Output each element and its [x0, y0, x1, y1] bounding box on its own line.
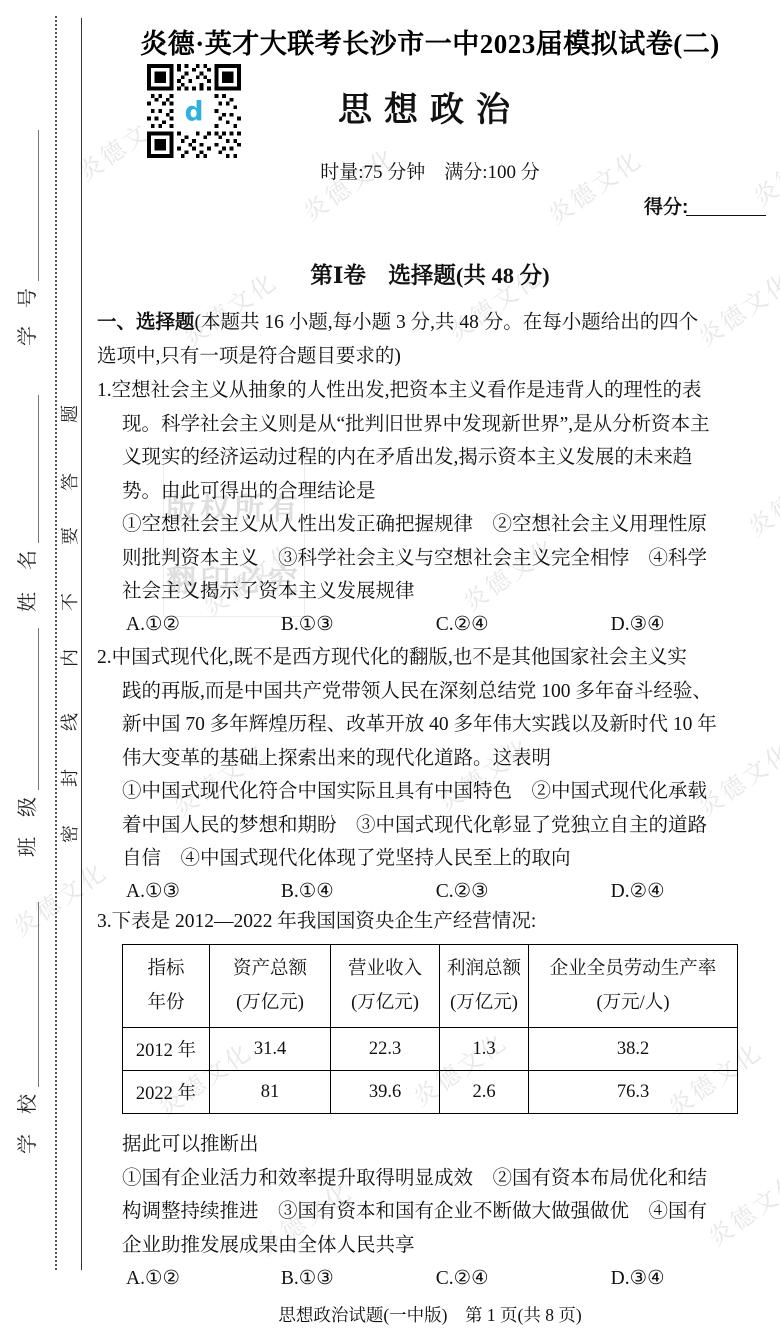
table-cell: 2022 年 — [123, 1071, 210, 1114]
question-line: 企业助推发展成果由全体人民共享 — [122, 1229, 780, 1263]
class-label-char: 级 — [14, 793, 42, 821]
table-cell: 39.6 — [331, 1071, 440, 1114]
stats-table: 指标 年份 资产总额 (万亿元) 营业收入 (万亿元) 利润总额 (万亿元) 企… — [122, 944, 738, 1114]
seal-text-char: 内 — [58, 646, 82, 670]
table-cell: 22.3 — [331, 1028, 440, 1071]
intro-bold-label: 一、选择题 — [97, 311, 195, 333]
question-line: ①空想社会主义从人性出发正确把握规律 ②空想社会主义用理性原 — [97, 508, 769, 542]
exam-page: 炎德文化 炎德文化 炎德文化 炎德文化 炎德文化 炎德文化 炎德文化 炎德文化 … — [0, 0, 780, 1344]
question-1-options: A.①② B.①③ C.②④ D.③④ — [126, 608, 665, 642]
option-a: A.①③ — [126, 875, 276, 909]
intro-line: 一、选择题(本题共 16 小题,每小题 3 分,共 48 分。在每小题给出的四个 — [97, 306, 769, 340]
header-year-label: 年份 — [129, 986, 203, 1020]
header-metric-label: 指标 — [129, 952, 203, 986]
page-footer: 思想政治试题(一中版) 第 1 页(共 8 页) — [92, 1302, 768, 1327]
option-a: A.①② — [126, 1262, 276, 1296]
question-line: 新中国 70 多年辉煌历程、改革开放 40 多年伟大实践以及新时代 10 年 — [97, 708, 769, 742]
seal-text-char: 密 — [58, 822, 82, 846]
option-d: D.③④ — [611, 1262, 665, 1296]
table-header-cell: 营业收入 (万亿元) — [331, 945, 440, 1028]
intro-line-rest: (本题共 16 小题,每小题 3 分,共 48 分。在每小题给出的四个 — [195, 312, 699, 333]
subject-title: 思想政治 — [92, 82, 768, 131]
table-header-row: 指标 年份 资产总额 (万亿元) 营业收入 (万亿元) 利润总额 (万亿元) 企… — [123, 945, 738, 1028]
question-line: 自信 ④中国式现代化体现了党坚持人民至上的取向 — [97, 842, 769, 876]
table-header-cell: 指标 年份 — [123, 945, 210, 1028]
question-line: 据此可以推断出 — [122, 1128, 780, 1162]
seal-text-char: 不 — [58, 590, 82, 614]
school-label-char: 学 — [14, 1130, 42, 1158]
name-blank — [38, 395, 39, 543]
question-line: 则批判资本主义 ③科学社会主义与空想社会主义完全相悖 ④科学 — [97, 542, 769, 576]
watermark-text: 炎德文化 — [540, 140, 649, 231]
question-2: 2.中国式现代化,既不是西方现代化的翻版,也不是其他国家社会主义实 践的再版,而… — [97, 641, 769, 876]
question-1: 1.空想社会主义从抽象的人性出发,把资本主义看作是违背人的理性的表 现。科学社会… — [97, 374, 769, 609]
question-line: 践的再版,而是中国共产党带领人民在深刻总结党 100 多年奋斗经验、 — [97, 675, 769, 709]
exam-series-title: 炎德·英才大联考长沙市一中2023届模拟试卷(二) — [92, 22, 768, 61]
table-cell: 76.3 — [529, 1071, 738, 1114]
seal-text-char: 线 — [58, 710, 82, 734]
school-label-char: 校 — [14, 1090, 42, 1118]
seal-dotted-rule — [55, 16, 57, 1270]
question-3: 3.下表是 2012—2022 年我国国资央企生产经营情况: — [97, 905, 769, 939]
name-label-char: 姓 — [14, 588, 42, 616]
intro-line: 选项中,只有一项是符合题目要求的) — [97, 340, 769, 374]
school-blank — [38, 902, 39, 1087]
question-2-options: A.①③ B.①④ C.②③ D.②④ — [126, 875, 665, 909]
option-b: B.①③ — [281, 608, 431, 642]
seal-text-char: 要 — [58, 524, 82, 548]
option-c: C.②④ — [436, 608, 606, 642]
table-row: 2022 年 81 39.6 2.6 76.3 — [123, 1071, 738, 1114]
option-d: D.③④ — [611, 608, 665, 642]
table-cell: 31.4 — [210, 1028, 331, 1071]
question-line: 1.空想社会主义从抽象的人性出发,把资本主义看作是违背人的理性的表 — [97, 374, 769, 408]
table-header-cell: 利润总额 (万亿元) — [440, 945, 529, 1028]
option-b: B.①③ — [281, 1262, 431, 1296]
question-3-options: A.①② B.①③ C.②④ D.③④ — [126, 1262, 665, 1296]
table-row: 2012 年 31.4 22.3 1.3 38.2 — [123, 1028, 738, 1071]
margin-solid-rule — [81, 18, 82, 1270]
seal-text-char: 封 — [58, 766, 82, 790]
table-header-cell: 企业全员劳动生产率 (万元/人) — [529, 945, 738, 1028]
name-label-char: 名 — [14, 546, 42, 574]
question-3-continued: 据此可以推断出 ①国有企业活力和效率提升取得明显成效 ②国有资本布局优化和结 构… — [122, 1128, 780, 1262]
student-id-label-char: 号 — [14, 284, 42, 312]
table-cell: 2012 年 — [123, 1028, 210, 1071]
table-cell: 1.3 — [440, 1028, 529, 1071]
table-cell: 38.2 — [529, 1028, 738, 1071]
table-header-cell: 资产总额 (万亿元) — [210, 945, 331, 1028]
mcq-intro: 一、选择题(本题共 16 小题,每小题 3 分,共 48 分。在每小题给出的四个… — [97, 306, 769, 373]
question-line: 义现实的经济运动过程的内在矛盾出发,揭示资本主义发展的未来趋 — [97, 441, 769, 475]
section-title: 第Ⅰ卷 选择题(共 48 分) — [92, 258, 768, 290]
table-cell: 81 — [210, 1071, 331, 1114]
question-line: 3.下表是 2012—2022 年我国国资央企生产经营情况: — [97, 905, 769, 939]
student-id-label-char: 学 — [14, 322, 42, 350]
question-line: 着中国人民的梦想和期盼 ③中国式现代化彰显了党独立自主的道路 — [97, 809, 769, 843]
seal-text-char: 题 — [58, 402, 82, 426]
question-line: ①国有企业活力和效率提升取得明显成效 ②国有资本布局优化和结 — [122, 1162, 780, 1196]
question-line: 现。科学社会主义则是从“批判旧世界中发现新世界”,是从分析资本主 — [97, 408, 769, 442]
question-line: 2.中国式现代化,既不是西方现代化的翻版,也不是其他国家社会主义实 — [97, 641, 769, 675]
question-line: 社会主义揭示了资本主义发展规律 — [97, 575, 769, 609]
class-blank — [38, 628, 39, 790]
score-label: 得分: — [644, 192, 688, 219]
score-blank — [686, 215, 766, 216]
question-line: 伟大变革的基础上探索出来的现代化道路。这表明 — [97, 742, 769, 776]
question-line: 势。由此可得出的合理结论是 — [97, 475, 769, 509]
option-b: B.①④ — [281, 875, 431, 909]
table-cell: 2.6 — [440, 1071, 529, 1114]
option-c: C.②③ — [436, 875, 606, 909]
option-c: C.②④ — [436, 1262, 606, 1296]
question-line: 构调整持续推进 ③国有资本和国有企业不断做大做强做优 ④国有 — [122, 1195, 780, 1229]
option-a: A.①② — [126, 608, 276, 642]
student-id-blank — [38, 130, 39, 281]
duration-score-line: 时量:75 分钟 满分:100 分 — [92, 157, 768, 184]
question-line: ①中国式现代化符合中国实际且具有中国特色 ②中国式现代化承载 — [97, 775, 769, 809]
class-label-char: 班 — [14, 833, 42, 861]
option-d: D.②④ — [611, 875, 665, 909]
seal-text-char: 答 — [58, 470, 82, 494]
